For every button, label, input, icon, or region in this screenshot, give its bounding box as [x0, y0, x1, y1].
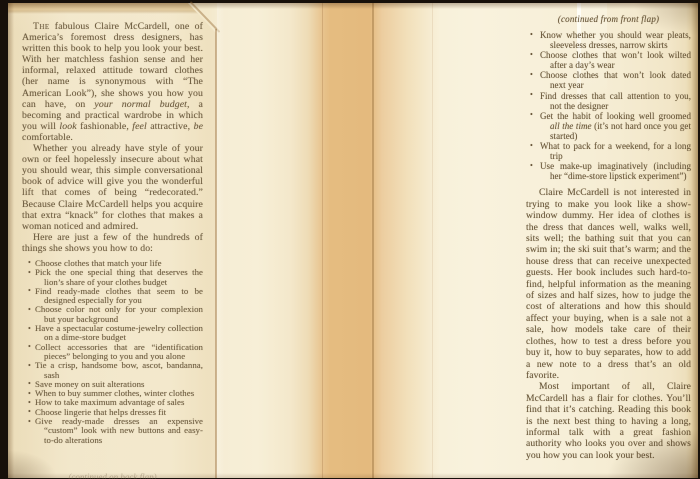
list-item: Get the habit of looking well groomed al…	[526, 111, 691, 141]
text-segment: Choose clothes that won’t look dated nex…	[540, 70, 691, 90]
text-segment: Claire McCardell is not interested in tr…	[526, 187, 691, 381]
back-flap-paragraphs: Claire McCardell is not interested in tr…	[526, 187, 691, 461]
text-segment: look	[59, 121, 76, 132]
front-flap-paragraphs: The fabulous Claire McCardell, one of Am…	[22, 21, 203, 254]
text-segment: fabulous Claire McCardell, one of Americ…	[22, 21, 203, 110]
list-item: Use make-up imaginatively (including her…	[526, 161, 691, 181]
back-flap-text: (continued from front flap) Know whether…	[526, 14, 691, 461]
list-item: Tie a crisp, handsome bow, ascot, bandan…	[22, 361, 203, 380]
text-segment: Choose clothes that won’t look wilted af…	[540, 50, 691, 70]
text-segment: Have a spectacular costume-jewelry colle…	[35, 323, 203, 342]
text-segment: comfortable.	[22, 132, 73, 143]
text-segment: Find dresses that call attention to you,…	[540, 91, 691, 111]
text-segment: Pick the one special thing that deserves…	[35, 267, 203, 286]
scanned-book-jacket: { "palette": { "scan_background": "#1710…	[0, 0, 700, 479]
list-item: Collect accessories that are “identifica…	[22, 343, 203, 362]
text-segment: Give ready-made dresses an expensive “cu…	[35, 416, 203, 445]
text-segment: Tie a crisp, handsome bow, ascot, bandan…	[35, 360, 203, 379]
text-segment: Use make-up imaginatively (including her…	[540, 161, 691, 181]
back-flap-feature-list: Know whether you should wear pleats, sle…	[526, 30, 691, 181]
continued-on-back-note: (continued on back flap)	[22, 472, 203, 479]
spine-crease-right	[372, 3, 374, 478]
list-item: Find dresses that call attention to you,…	[526, 91, 691, 111]
text-segment: What to pack for a weekend, for a long t…	[540, 141, 691, 161]
cover-crease	[432, 3, 433, 478]
paragraph: Here are just a few of the hundreds of t…	[22, 232, 203, 254]
text-segment: Get the habit of looking well groomed	[540, 111, 691, 121]
text-segment: attractive,	[147, 121, 194, 132]
list-item: Find ready-made clothes that seem to be …	[22, 287, 203, 306]
list-item: Choose clothes that won’t look dated nex…	[526, 70, 691, 90]
text-segment: Find ready-made clothes that seem to be …	[35, 286, 203, 305]
front-flap-text: The fabulous Claire McCardell, one of Am…	[22, 21, 203, 445]
paragraph: Whether you already have style of your o…	[22, 143, 203, 232]
text-segment: Whether you already have style of your o…	[22, 143, 203, 232]
paragraph: The fabulous Claire McCardell, one of Am…	[22, 21, 203, 143]
list-item: Have a spectacular costume-jewelry colle…	[22, 324, 203, 343]
text-segment: Know whether you should wear pleats, sle…	[540, 30, 691, 50]
text-segment: be	[194, 121, 203, 132]
text-segment: fashionable,	[77, 121, 133, 132]
text-segment: feel	[132, 121, 147, 132]
text-segment: Choose color not only for your complexio…	[35, 304, 203, 323]
list-item: Pick the one special thing that deserves…	[22, 268, 203, 287]
text-segment: Here are just a few of the hundreds of t…	[22, 232, 203, 254]
paragraph: Most important of all, Claire McCardell …	[526, 381, 691, 461]
spine-crease-left	[322, 3, 323, 478]
book-jacket: The fabulous Claire McCardell, one of Am…	[8, 3, 698, 478]
front-flap-feature-list: Choose clothes that match your lifePick …	[22, 259, 203, 445]
text-segment: Most important of all, Claire McCardell …	[526, 381, 691, 460]
list-item: Choose clothes that won’t look wilted af…	[526, 50, 691, 70]
list-item: What to pack for a weekend, for a long t…	[526, 141, 691, 161]
list-item: Choose color not only for your complexio…	[22, 305, 203, 324]
paragraph: Claire McCardell is not interested in tr…	[526, 187, 691, 381]
text-segment: Collect accessories that are “identifica…	[35, 342, 203, 361]
text-segment: your normal budget	[94, 99, 187, 110]
flap-edge-highlight	[217, 3, 224, 478]
continued-from-front-note: (continued from front flap)	[526, 14, 691, 24]
text-segment: The	[33, 21, 50, 32]
list-item: Know whether you should wear pleats, sle…	[526, 30, 691, 50]
text-segment: all the time	[550, 121, 592, 131]
list-item: Give ready-made dresses an expensive “cu…	[22, 417, 203, 445]
